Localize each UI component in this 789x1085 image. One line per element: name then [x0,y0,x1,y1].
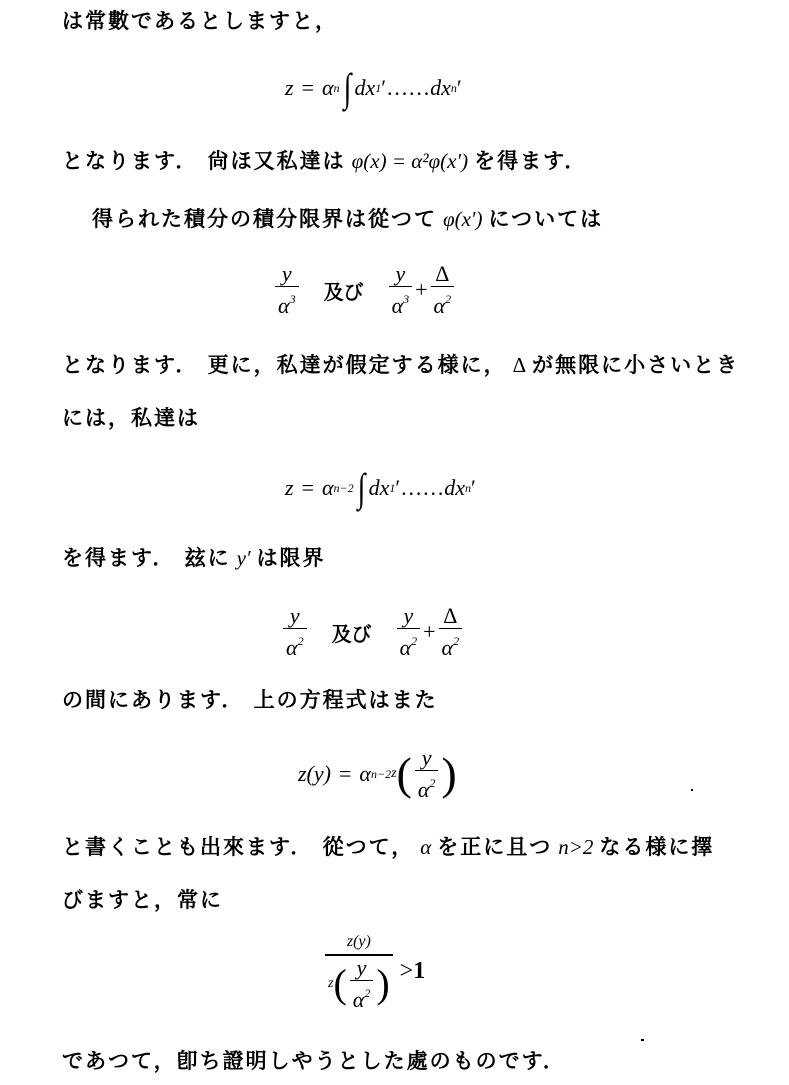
text-line-4: となります． 更に，私達が假定する様に，Δが無限に小さいとき [62,350,739,380]
fraction: Δ α2 [439,604,463,660]
inline-math: Δ [507,353,533,377]
text: については [489,206,604,231]
fraction: y α3 [275,262,299,318]
greater-than-sign: > [400,958,414,985]
eq-dx: dx [355,75,376,101]
eq-dx: dx [444,475,465,501]
inline-math: φ(x′) [437,207,489,231]
eq-coef: α [359,761,371,787]
text: びますと，常に [62,887,223,912]
integral-sign: ∫ [343,68,351,108]
den-exp: 3 [290,292,296,306]
text: が無限に小さいとき [532,352,739,377]
equation-limits-2: y α2 及び y α2 + Δ α2 [280,604,465,660]
denominator: α2 [431,287,455,318]
connector-text: 及び [332,618,372,647]
connector-text: 及び [324,276,364,305]
numerator: y [400,604,416,628]
den-exp: 2 [411,634,417,648]
eq-dx: dx [430,75,451,101]
eq-coef: α [322,475,334,501]
eq-exponent: n−2 [334,481,354,496]
text-line-5: には，私達は [62,403,200,433]
den-base: α [286,635,298,660]
text-line-8: と書くことも出來ます． 從つて，αを正に且つn>2なる様に擇 [62,832,714,862]
text-line-9: びますと，常に [62,885,223,915]
text: と書くことも出來ます． 從つて， [62,834,414,859]
scan-speck [641,1039,644,1041]
denominator: α2 [350,981,374,1012]
denominator: α2 [283,629,307,660]
eq-sign: = [339,761,351,787]
denominator: z ( y α2 ) [325,956,393,1012]
fraction: y α2 [397,604,421,660]
text: の間にあります． 上の方程式はまた [62,687,438,712]
text-line-7: の間にあります． 上の方程式はまた [62,685,438,715]
den-base: α [434,293,446,318]
inline-math: n>2 [552,835,599,859]
numerator: y [279,262,295,286]
eq-exponent: n [334,81,340,96]
left-paren: ( [397,751,412,797]
fraction: y α2 [283,604,307,660]
text: となります． 更に，私達が假定する様に， [62,352,507,377]
text: には，私達は [62,405,200,430]
text: を得ます． 玆に [62,545,231,570]
equation-zy: z(y) = αn−2 z ( y α2 ) [298,746,457,802]
den-exp: 3 [403,292,409,306]
equation-inequality: z(y) z ( y α2 ) > 1 [322,930,425,1012]
inner-fraction: y α2 [350,956,374,1012]
eq-prime: ′ [471,475,476,501]
plus-sign: + [423,619,435,645]
text: となります． 尙ほ又私達は [62,148,346,173]
eq-prime: ′ [457,75,462,101]
text: を得ます． [474,148,587,173]
plus-sign: + [415,277,427,303]
eq-dx: dx [369,475,390,501]
text: を正に且つ [437,834,552,859]
den-exp: 2 [429,776,435,790]
den-base: α [400,635,412,660]
fraction: y α2 [415,746,439,802]
denominator: α3 [389,287,413,318]
numerator: y [287,604,303,628]
numerator: y [392,262,408,286]
den-exp: 2 [445,292,451,306]
eq-sign: = [302,75,314,101]
fraction: y α3 [389,262,413,318]
inline-math: φ(x) = α²φ(x′) [346,149,474,173]
eq-sign: = [302,475,314,501]
den-base: α [392,293,404,318]
den-exp: 2 [298,634,304,648]
text: 得られた積分の積分限界は從つて [92,206,437,231]
denominator: α3 [275,287,299,318]
eq-lhs: z(y) [298,761,331,787]
den-base: α [442,635,454,660]
equation-z-integral: z = αn ∫ dx1′ …… dxn′ [285,68,462,108]
rhs-value: 1 [413,958,425,985]
text: であつて，卽ち證明しやうとした處のものです． [62,1048,566,1073]
eq-lhs: z [285,475,294,501]
numerator: Δ [440,604,460,628]
text: なる様に擇 [599,834,714,859]
text-line-3: 得られた積分の積分限界は從つてφ(x′)については [92,204,603,234]
eq-lhs: z [285,75,294,101]
inline-math: y′ [231,546,257,570]
text-line-6: を得ます． 玆にy′は限界 [62,543,326,573]
eq-dots: …… [386,75,430,101]
numerator: Δ [432,262,452,286]
text-line-2: となります． 尙ほ又私達はφ(x) = α²φ(x′)を得ます． [62,146,587,176]
eq-coef: α [322,75,334,101]
fraction: Δ α2 [431,262,455,318]
numerator: z(y) [344,930,374,954]
den-base: α [353,987,365,1012]
scan-speck [691,789,693,791]
text: は限界 [257,545,326,570]
eq-dots: …… [400,475,444,501]
text: は常數であるとしますと， [62,8,338,33]
eq-exponent: n−2 [371,767,391,782]
den-exp: 2 [364,986,370,1000]
inline-math: α [414,835,437,859]
text-line-1: は常數であるとしますと， [62,6,338,36]
equation-z-integral-2: z = αn−2 ∫ dx1′ …… dxn′ [285,468,476,508]
numerator: y [354,956,370,980]
right-paren: ) [441,751,456,797]
left-paren: ( [333,961,346,1007]
denominator: α2 [397,629,421,660]
text-line-10: であつて，卽ち證明しやうとした處のものです． [62,1046,566,1076]
integral-sign: ∫ [357,468,365,508]
den-base: α [278,293,290,318]
den-exp: 2 [453,634,459,648]
fraction: z(y) z ( y α2 ) [325,930,393,1012]
denominator: α2 [439,629,463,660]
right-paren: ) [376,961,389,1007]
numerator: y [419,746,435,770]
denominator: α2 [415,771,439,802]
equation-limits-1: y α3 及び y α3 + Δ α2 [272,262,457,318]
den-base: α [418,777,430,802]
